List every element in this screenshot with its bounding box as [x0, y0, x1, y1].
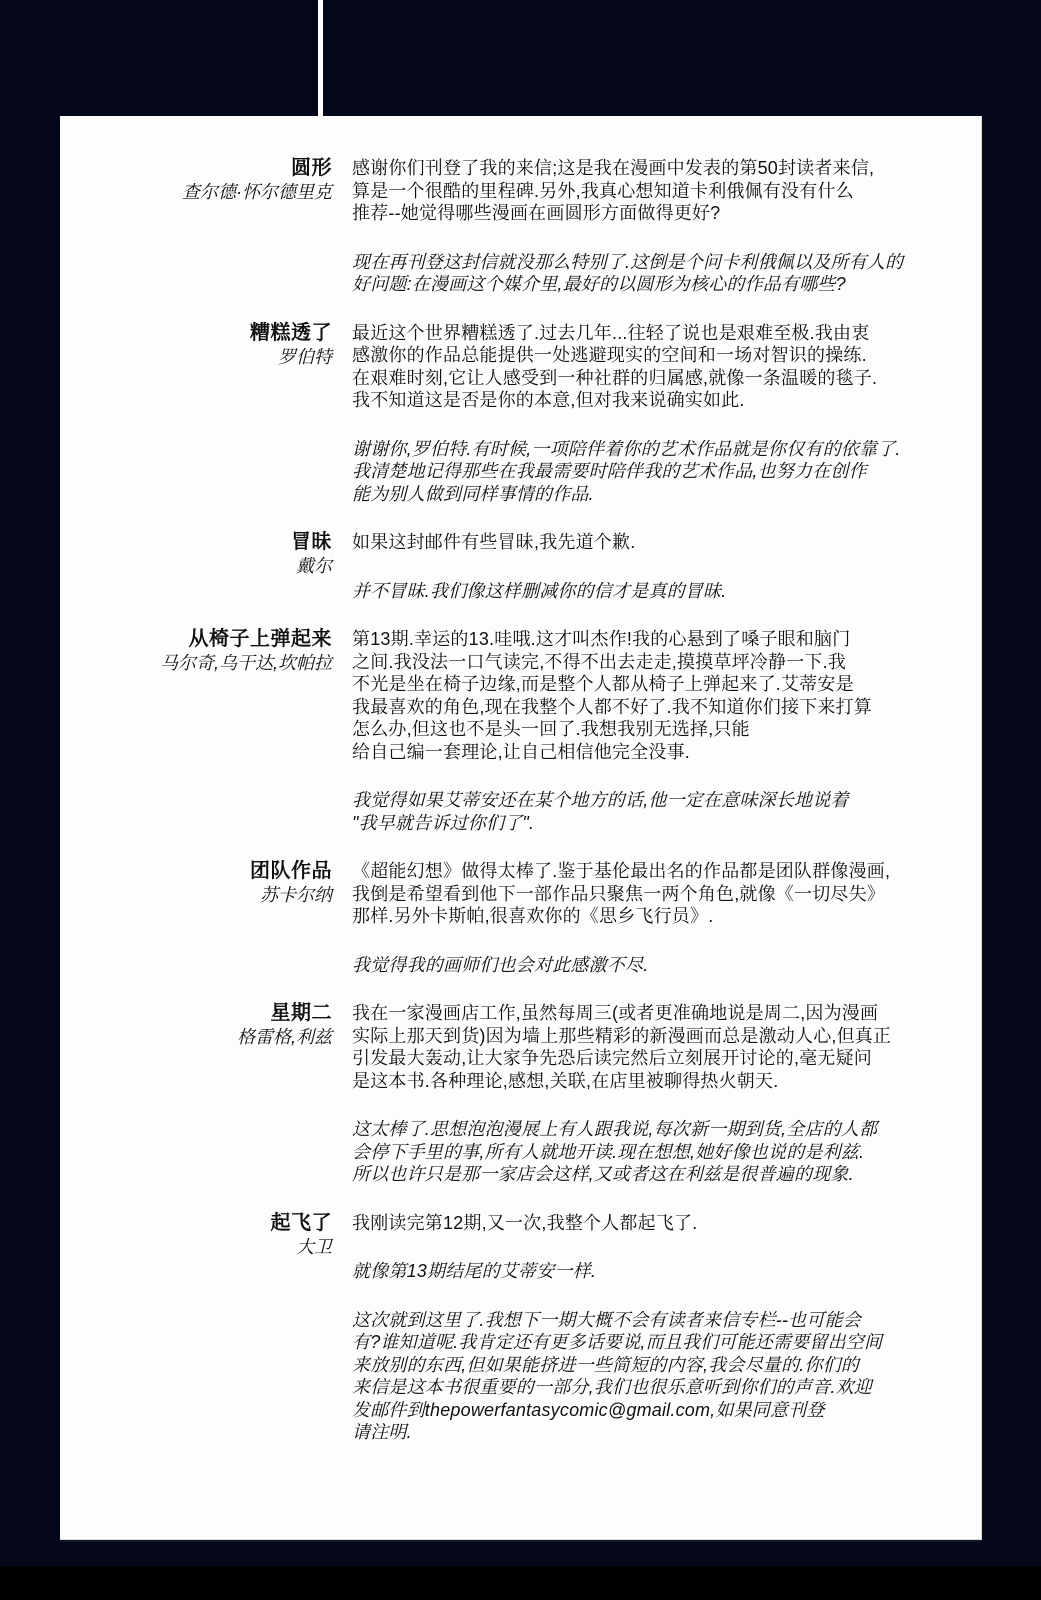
editor-reply-text: 我觉得如果艾蒂安还在某个地方的话,他一定在意味深长地说着 "我早就告诉过你们了"… [352, 789, 912, 834]
letter-body-text: 如果这封邮件有些冒昧,我先道个歉. [352, 531, 912, 554]
editor-reply-text: 现在再刊登这封信就没那么特别了.这倒是个问卡利俄佩以及所有人的 好问题:在漫画这… [352, 251, 912, 296]
letter-sender: 格雷格,利兹 [100, 1025, 332, 1050]
letter-sender: 马尔奇,乌干达,坎帕拉 [100, 651, 332, 676]
letter-section: 团队作品 苏卡尔纳 《超能幻想》做得太棒了.鉴于基伦最出名的作品都是团队群像漫画… [100, 860, 911, 1002]
letter-body-text: 我刚读完第12期,又一次,我整个人都起飞了. [352, 1212, 912, 1235]
letter-sender: 大卫 [100, 1235, 332, 1260]
letter-title: 圆形 [100, 157, 332, 180]
letter-title: 从椅子上弹起来 [100, 628, 332, 651]
letter-section: 圆形 查尔德·怀尔德里克 感谢你们刊登了我的来信;这是我在漫画中发表的第50封读… [100, 157, 911, 322]
closing-note: 这次就到这里了.我想下一期大概不会有读者来信专栏--也可能会 有?谁知道呢.我肯… [352, 1309, 912, 1444]
editor-reply-text: 谢谢你,罗伯特.有时候,一项陪伴着你的艺术作品就是你仅有的依靠了. 我清楚地记得… [352, 438, 912, 506]
letter-sender: 查尔德·怀尔德里克 [100, 180, 332, 205]
letter-body-text: 我在一家漫画店工作,虽然每周三(或者更准确地说是周二,因为漫画 实际上那天到货)… [352, 1002, 912, 1092]
letter-body-text: 最近这个世界糟糕透了.过去几年...往轻了说也是艰难至极.我由衷 感激你的作品总… [352, 322, 912, 412]
letter-sender: 苏卡尔纳 [100, 883, 332, 908]
letter-title: 团队作品 [100, 860, 332, 883]
editor-reply-text: 我觉得我的画师们也会对此感激不尽. [352, 954, 912, 977]
letter-section: 星期二 格雷格,利兹 我在一家漫画店工作,虽然每周三(或者更准确地说是周二,因为… [100, 1002, 911, 1212]
letter-sender: 罗伯特 [100, 345, 332, 370]
letter-section: 从椅子上弹起来 马尔奇,乌干达,坎帕拉 第13期.幸运的13.哇哦.这才叫杰作!… [100, 628, 911, 860]
bottom-black-band [0, 1566, 1041, 1600]
letter-body-text: 《超能幻想》做得太棒了.鉴于基伦最出名的作品都是团队群像漫画, 我倒是希望看到他… [352, 860, 912, 928]
letter-body-text: 感谢你们刊登了我的来信;这是我在漫画中发表的第50封读者来信, 算是一个很酷的里… [352, 157, 912, 225]
closing-row: 这次就到这里了.我想下一期大概不会有读者来信专栏--也可能会 有?谁知道呢.我肯… [100, 1309, 911, 1470]
letter-body-text: 第13期.幸运的13.哇哦.这才叫杰作!我的心悬到了嗓子眼和脑门 之间.我没法一… [352, 628, 912, 763]
editor-reply-text: 这太棒了.思想泡泡漫展上有人跟我说,每次新一期到货,全店的人都 会停下手里的事,… [352, 1118, 912, 1186]
editor-reply-text: 就像第13期结尾的艾蒂安一样. [352, 1260, 912, 1283]
letter-sender: 戴尔 [100, 554, 332, 579]
spine-mark-line [318, 0, 323, 117]
letter-section: 起飞了 大卫 我刚读完第12期,又一次,我整个人都起飞了. 就像第13期结尾的艾… [100, 1212, 911, 1309]
letter-title: 起飞了 [100, 1212, 332, 1235]
letter-section: 糟糕透了 罗伯特 最近这个世界糟糕透了.过去几年...往轻了说也是艰难至极.我由… [100, 322, 911, 532]
letter-title: 星期二 [100, 1002, 332, 1025]
letter-title: 冒昧 [100, 531, 332, 554]
paper-page: 圆形 查尔德·怀尔德里克 感谢你们刊登了我的来信;这是我在漫画中发表的第50封读… [60, 116, 982, 1540]
letter-title: 糟糕透了 [100, 322, 332, 345]
letter-section: 冒昧 戴尔 如果这封邮件有些冒昧,我先道个歉. 并不冒昧.我们像这样删减你的信才… [100, 531, 911, 628]
comic-letters-page: 圆形 查尔德·怀尔德里克 感谢你们刊登了我的来信;这是我在漫画中发表的第50封读… [0, 0, 1041, 1600]
editor-reply-text: 并不冒昧.我们像这样删减你的信才是真的冒昧. [352, 580, 912, 603]
